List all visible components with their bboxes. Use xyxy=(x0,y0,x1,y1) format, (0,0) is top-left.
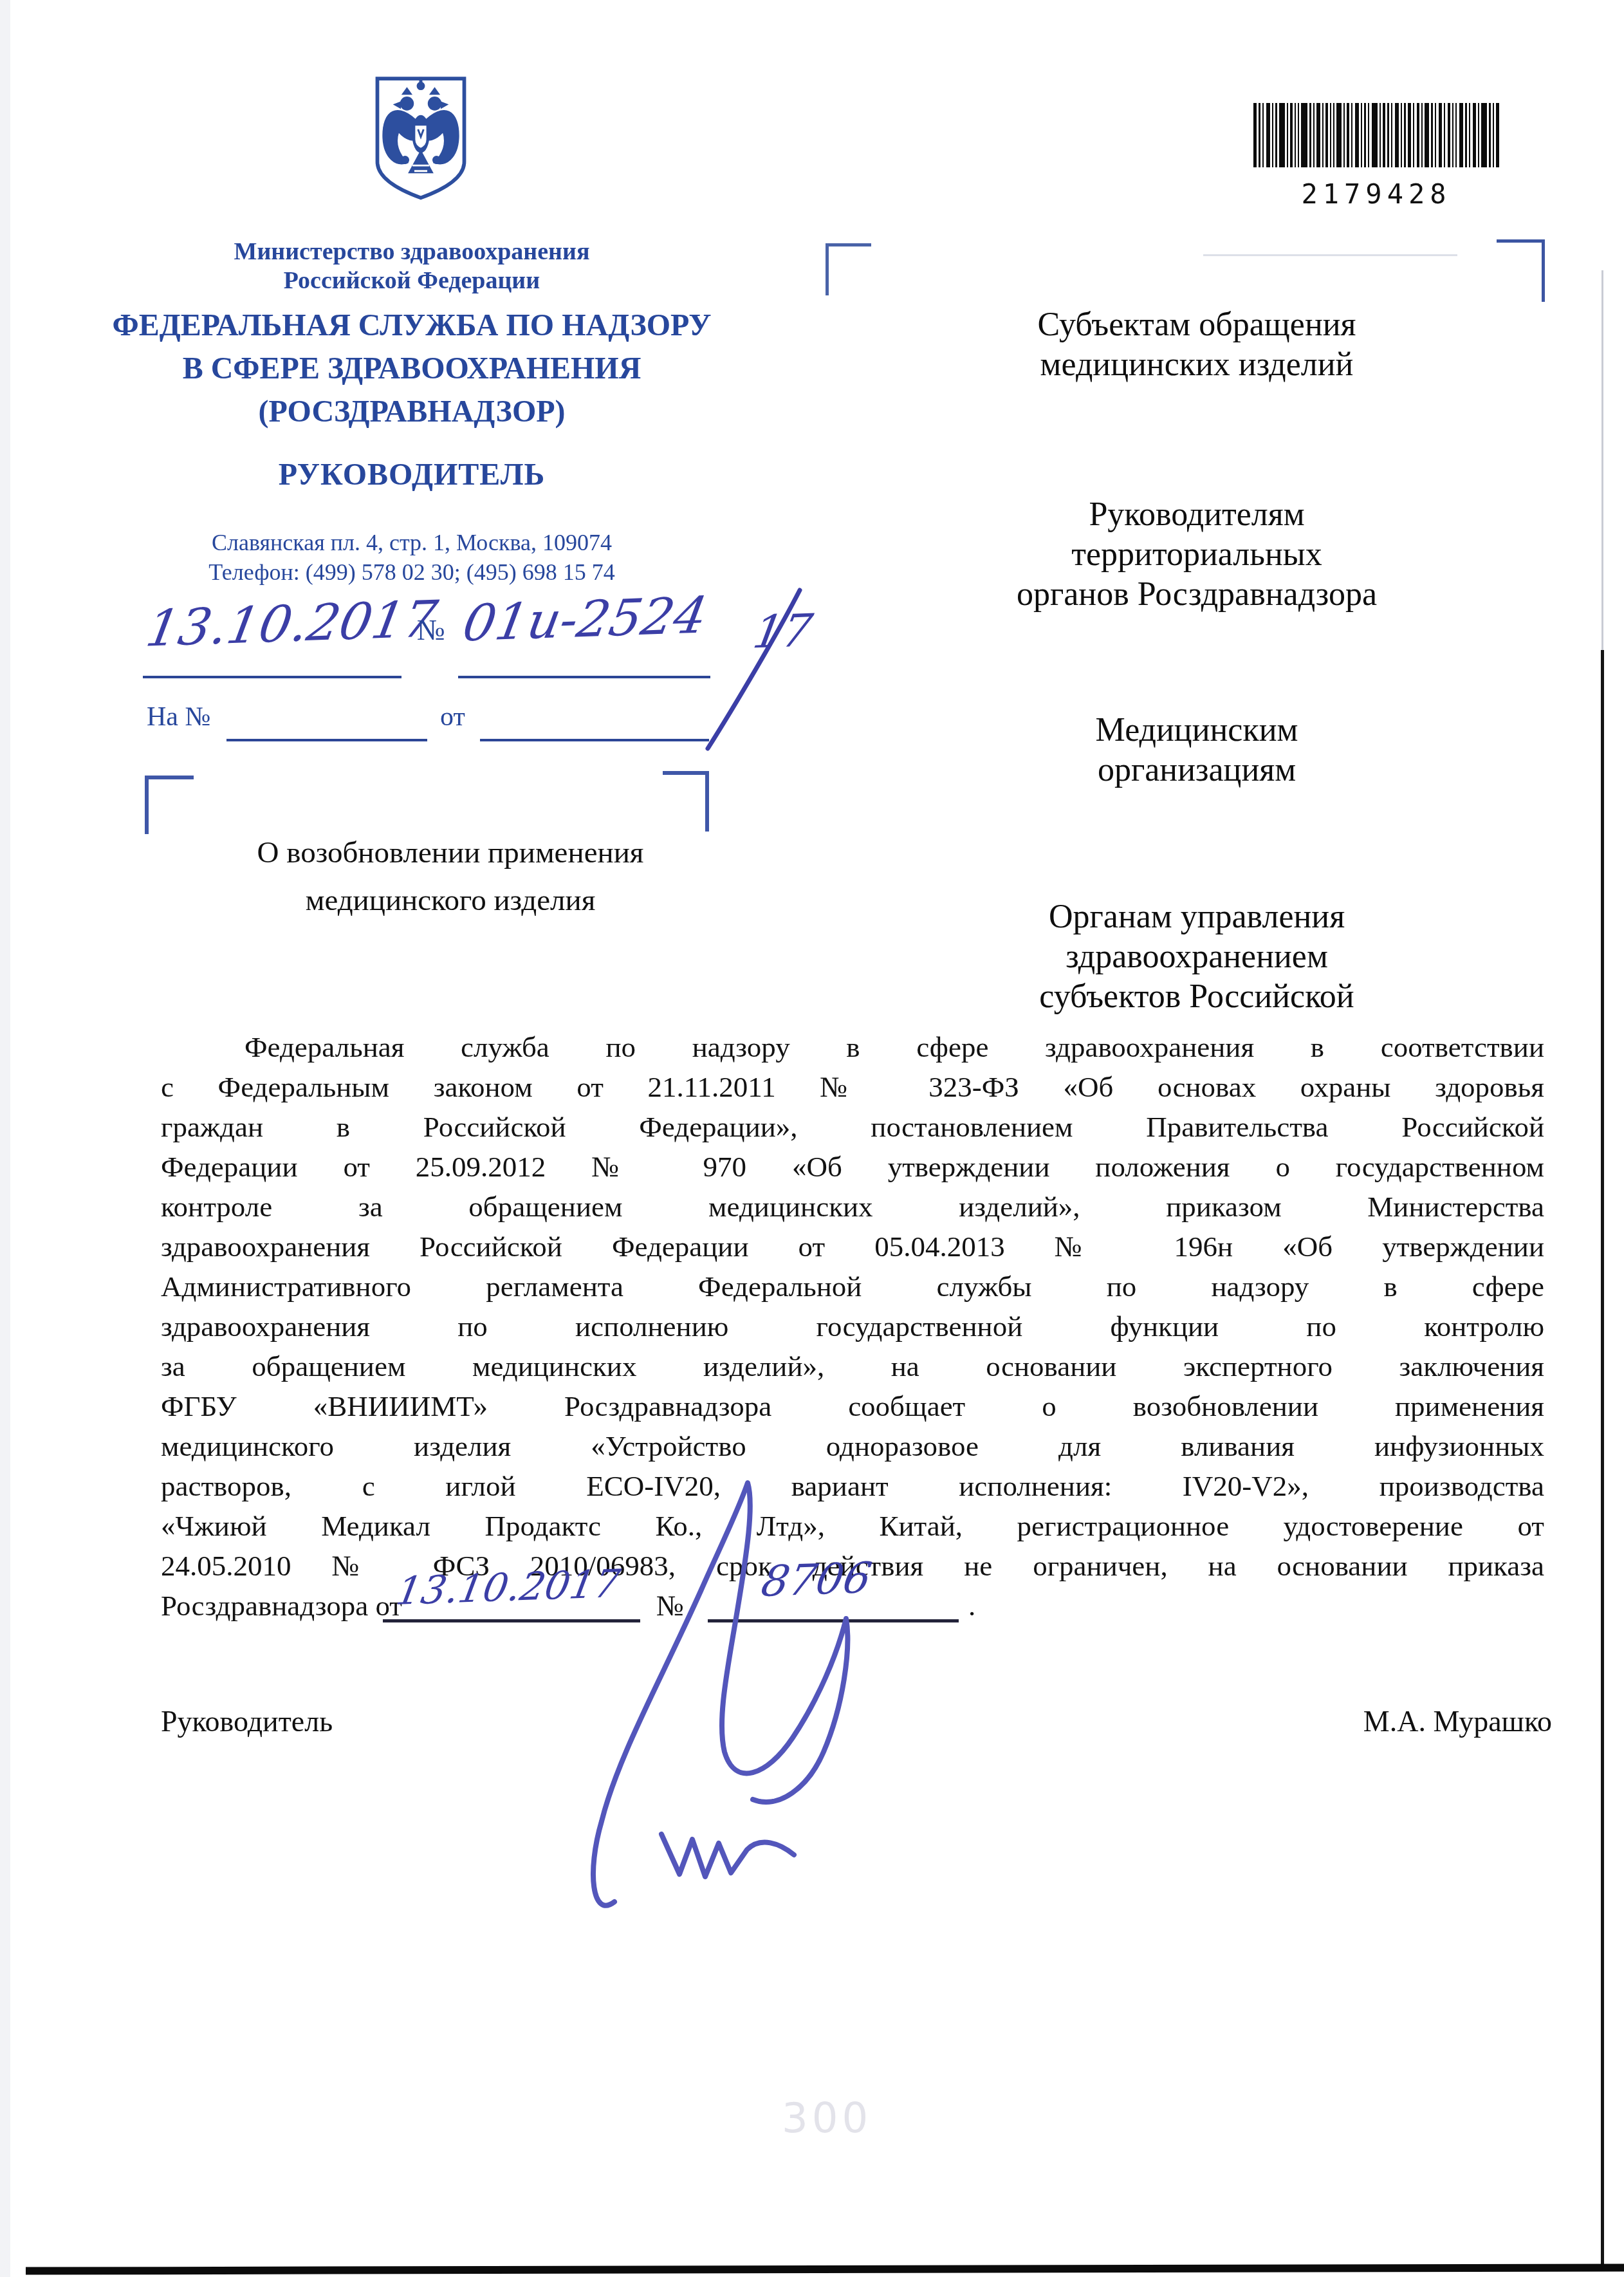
subject-line1: О возобновлении применения xyxy=(154,835,746,870)
scan-right-edge xyxy=(1601,650,1604,2267)
body-line: с Федеральным законом от 21.11.2011 № 32… xyxy=(161,1067,1544,1107)
handwritten-signature xyxy=(553,1474,927,1924)
body-line: медицинского изделия «Устройство однораз… xyxy=(161,1426,1544,1466)
body-line: Административного регламента Федеральной… xyxy=(161,1267,1544,1306)
service-name-line1: ФЕДЕРАЛЬНАЯ СЛУЖБА ПО НАДЗОРУ xyxy=(109,308,714,343)
recipient-line: Руководителям xyxy=(862,496,1531,534)
ministry-name-line1: Министерство здравоохранения xyxy=(109,237,714,266)
recipient-line: субъектов Российской xyxy=(862,978,1531,1016)
sender-role-title: РУКОВОДИТЕЛЬ xyxy=(109,457,714,492)
barcode-bars xyxy=(1253,97,1499,174)
date-underline xyxy=(143,676,401,678)
recipient-line: территориальных xyxy=(862,535,1531,573)
body-line: здравоохранения по исполнению государств… xyxy=(161,1306,1544,1346)
recipient-line: Субъектам обращения xyxy=(862,306,1531,344)
incoming-number-label: На № xyxy=(147,702,211,732)
address-zone-bracket-left xyxy=(826,243,871,295)
body-line: граждан в Российской Федерации», постано… xyxy=(161,1107,1544,1147)
scanned-letter-page: 300 Мини xyxy=(0,0,1624,2277)
service-name-line3: (РОСЗДРАВНАДЗОР) xyxy=(109,394,714,429)
recipient-line: здравоохранением xyxy=(862,938,1531,976)
sender-phone: Телефон: (499) 578 02 30; (495) 698 15 7… xyxy=(109,559,714,586)
recipient-line: медицинских изделий xyxy=(862,346,1531,384)
scan-right-edge-faint xyxy=(1601,270,1603,651)
body-line: Федеральная служба по надзору в сфере зд… xyxy=(161,1027,1544,1067)
body-line: Федерации от 25.09.2012 № 970 «Об утверж… xyxy=(161,1147,1544,1187)
scan-faint-line xyxy=(1203,254,1457,256)
barcode: 2179428 xyxy=(1253,97,1499,210)
russia-coat-of-arms-emblem xyxy=(370,42,472,233)
outgoing-number-suffix-handwritten: 17 xyxy=(749,604,816,658)
recipient-line: Органам управления xyxy=(862,898,1531,936)
body-line: контроле за обращением медицинских издел… xyxy=(161,1187,1544,1227)
number-underline xyxy=(458,676,710,678)
service-name-line2: В СФЕРЕ ЗДРАВООХРАНЕНИЯ xyxy=(109,351,714,386)
incoming-date-underline xyxy=(480,739,709,741)
recipient-line: органов Росздравнадзора xyxy=(862,575,1531,613)
ministry-name-line2: Российской Федерации xyxy=(109,266,714,295)
subject-zone-bracket-right xyxy=(663,771,709,832)
recipient-line: Медицинским xyxy=(862,711,1531,749)
faint-stamp-number: 300 xyxy=(782,2095,872,2142)
recipient-line: организациям xyxy=(862,751,1531,789)
subject-line2: медицинского изделия xyxy=(154,883,746,918)
signer-title: Руководитель xyxy=(161,1704,333,1738)
body-line: ФГБУ «ВНИИИМТ» Росздравнадзора сообщает … xyxy=(161,1386,1544,1426)
scan-left-edge xyxy=(0,0,10,2277)
last-line-period: . xyxy=(968,1586,975,1626)
last-line-prefix: Росздравнадзора от xyxy=(161,1590,402,1622)
body-line: за обращением медицинских изделий», на о… xyxy=(161,1346,1544,1386)
outgoing-number-handwritten: 01и-2524 xyxy=(459,586,712,653)
incoming-number-underline xyxy=(226,739,427,741)
sender-address: Славянская пл. 4, стр. 1, Москва, 109074 xyxy=(109,529,714,556)
incoming-from-label: от xyxy=(440,702,465,732)
subject-zone-bracket-left xyxy=(145,776,194,834)
address-zone-bracket-right xyxy=(1497,239,1545,302)
barcode-number: 2179428 xyxy=(1253,178,1499,210)
signer-name: М.А. Мурашко xyxy=(1300,1704,1552,1738)
number-sign: № xyxy=(417,613,445,647)
body-line: здравоохранения Российской Федерации от … xyxy=(161,1227,1544,1267)
scan-bottom-edge xyxy=(26,2263,1624,2274)
outgoing-date-handwritten: 13.10.2017 xyxy=(142,590,441,658)
